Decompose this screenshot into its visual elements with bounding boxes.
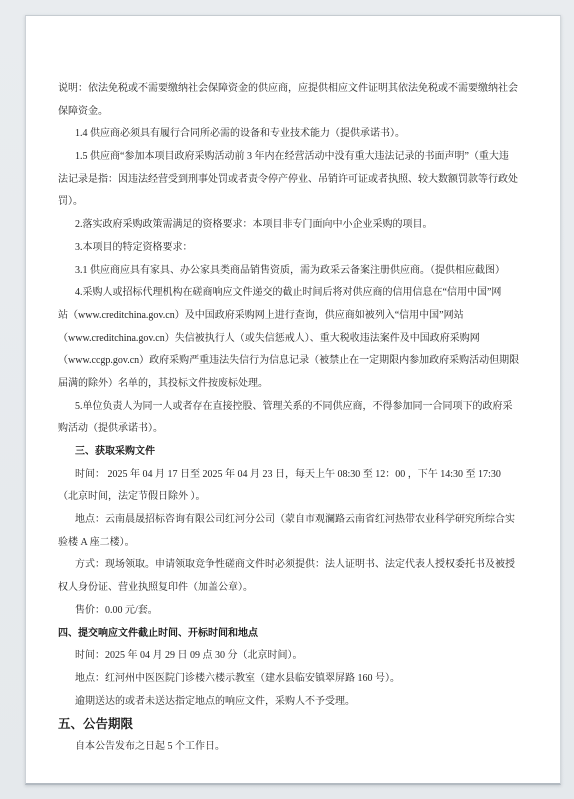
document-line: 逾期送达的或者未送达指定地点的响应文件，采购人不予受理。: [58, 691, 516, 714]
document-line: 5.单位负责人为同一人或者存在直接控股、管理关系的不同供应商，不得参加同一合同项…: [58, 396, 516, 419]
document-line: 购活动（提供承诺书）。: [58, 418, 516, 441]
document-line: 2.落实政府采购政策需满足的资格要求：本项目非专门面向中小企业采购的项目。: [58, 214, 516, 237]
document-line: （www.creditchina.gov.cn）失信被执行人（或失信惩戒人）、重…: [58, 328, 516, 351]
document-line: 3.1 供应商应具有家具、办公家具类商品销售资质，需为政采云备案注册供应商。（提…: [58, 260, 516, 283]
document-line: 罚）。: [58, 191, 516, 214]
document-line: 1.5 供应商“参加本项目政府采购活动前 3 年内在经营活动中没有重大违法记录的…: [58, 146, 516, 169]
document-line: 保障资金。: [58, 101, 516, 124]
document-line: 法记录是指：因违法经营受到刑事处罚或者责令停产停业、吊销许可证或者执照、较大数额…: [58, 169, 516, 192]
document-line: 时间：2025 年 04 月 29 日 09 点 30 分（北京时间）。: [58, 645, 516, 668]
document-line: 届满的除外）名单的，其投标文件按废标处理。: [58, 373, 516, 396]
document-line: 地点：红河州中医医院门诊楼六楼示教室（建水县临安镇翠屏路 160 号）。: [58, 668, 516, 691]
document-viewer-background: 说明：依法免税或不需要缴纳社会保障资金的供应商，应提供相应文件证明其依法免税或不…: [0, 0, 574, 799]
document-line: 权人身份证、营业执照复印件（加盖公章）。: [58, 577, 516, 600]
document-line: （北京时间，法定节假日除外 ）。: [58, 486, 516, 509]
section-heading: 四、提交响应文件截止时间、开标时间和地点: [58, 623, 516, 646]
document-text: 说明：依法免税或不需要缴纳社会保障资金的供应商，应提供相应文件证明其依法免税或不…: [58, 78, 516, 759]
section-heading: 五、公告期限: [58, 713, 516, 736]
section-heading: 三、获取采购文件: [58, 441, 516, 464]
document-line: 3.本项目的特定资格要求：: [58, 237, 516, 260]
document-line: 方式：现场领取。申请领取竞争性磋商文件时必须提供：法人证明书、法定代表人授权委托…: [58, 554, 516, 577]
document-line: （www.ccgp.gov.cn）政府采购严重违法失信行为信息记录（被禁止在一定…: [58, 350, 516, 373]
document-line: 自本公告发布之日起 5 个工作日。: [58, 736, 516, 759]
document-line: 验楼 A 座二楼）。: [58, 532, 516, 555]
document-line: 4.采购人或招标代理机构在磋商响应文件递交的截止时间后将对供应商的信用信息在“信…: [58, 282, 516, 305]
document-line: 时间： 2025 年 04 月 17 日至 2025 年 04 月 23 日，每…: [58, 464, 516, 487]
document-line: 1.4 供应商必须具有履行合同所必需的设备和专业技术能力（提供承诺书）。: [58, 123, 516, 146]
document-line: 站（www.creditchina.gov.cn）及中国政府采购网上进行查询，供…: [58, 305, 516, 328]
document-line: 售价：0.00 元/套。: [58, 600, 516, 623]
document-line: 说明：依法免税或不需要缴纳社会保障资金的供应商，应提供相应文件证明其依法免税或不…: [58, 78, 516, 101]
document-page: 说明：依法免税或不需要缴纳社会保障资金的供应商，应提供相应文件证明其依法免税或不…: [25, 15, 561, 785]
document-line: 地点：云南晨晟招标咨询有限公司红河分公司（蒙自市观澜路云南省红河热带农业科学研究…: [58, 509, 516, 532]
